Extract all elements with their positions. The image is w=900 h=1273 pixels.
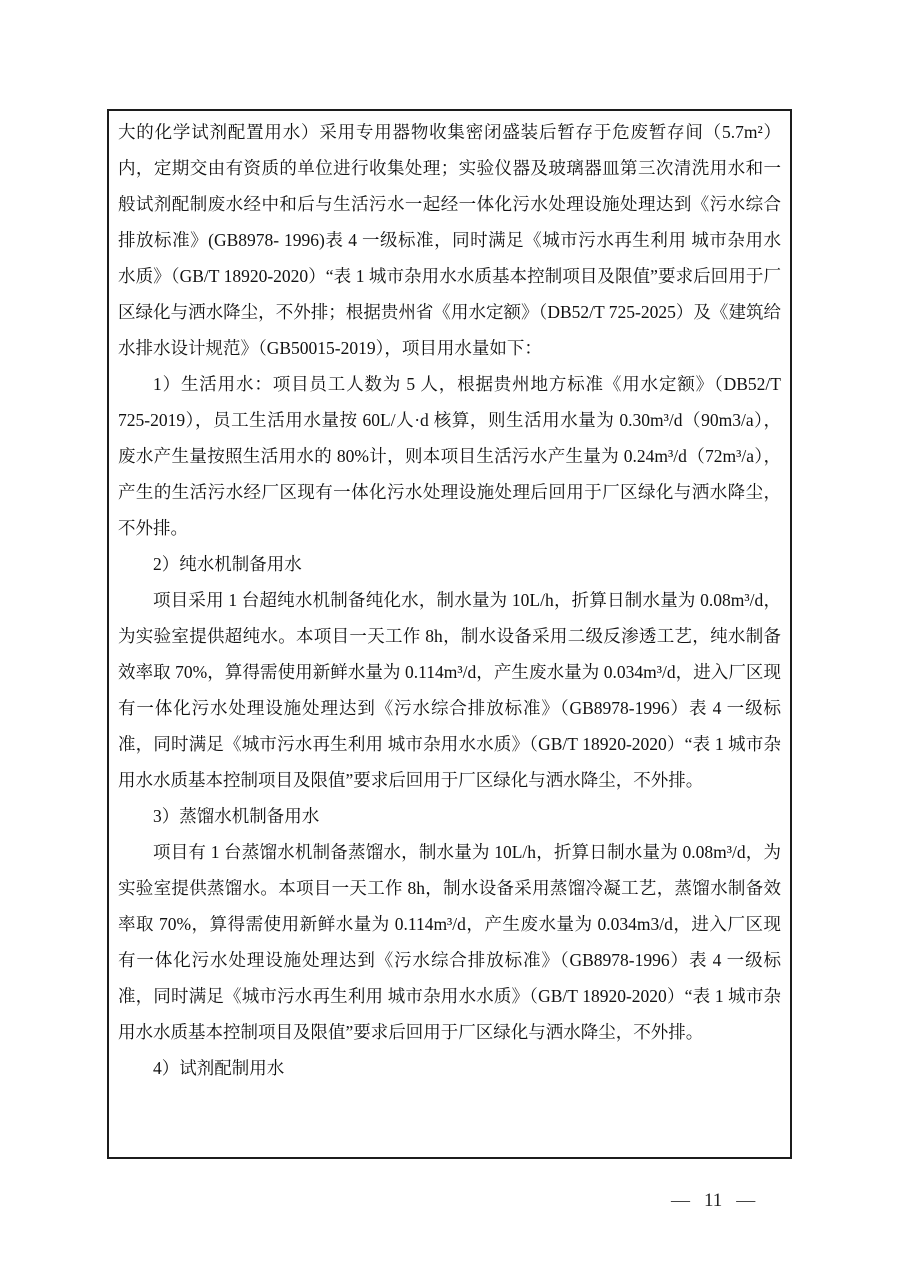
page-number: 11 (704, 1190, 722, 1212)
document-page: 大的化学试剂配置用水）采用专用器物收集密闭盛装后暂存于危废暂存间（5.7m²）内… (0, 0, 900, 1273)
heading-pure-water-machine: 2）纯水机制备用水 (118, 546, 781, 582)
footer-right-dash: — (736, 1190, 755, 1212)
paragraph-water-reuse-continuation: 大的化学试剂配置用水）采用专用器物收集密闭盛装后暂存于危废暂存间（5.7m²）内… (118, 114, 781, 366)
paragraph-pure-water-machine: 项目采用 1 台超纯水机制备纯化水，制水量为 10L/h，折算日制水量为 0.0… (118, 582, 781, 798)
paragraph-domestic-water: 1）生活用水：项目员工人数为 5 人，根据贵州地方标准《用水定额》（DB52/T… (118, 366, 781, 546)
heading-reagent-preparation-water: 4）试剂配制用水 (118, 1050, 781, 1086)
page-footer: — 11 — (671, 1190, 755, 1212)
paragraph-distilled-water-machine: 项目有 1 台蒸馏水机制备蒸馏水，制水量为 10L/h，折算日制水量为 0.08… (118, 834, 781, 1050)
footer-left-dash: — (671, 1190, 690, 1212)
heading-distilled-water-machine: 3）蒸馏水机制备用水 (118, 798, 781, 834)
content-cell: 大的化学试剂配置用水）采用专用器物收集密闭盛装后暂存于危废暂存间（5.7m²）内… (107, 109, 792, 1159)
